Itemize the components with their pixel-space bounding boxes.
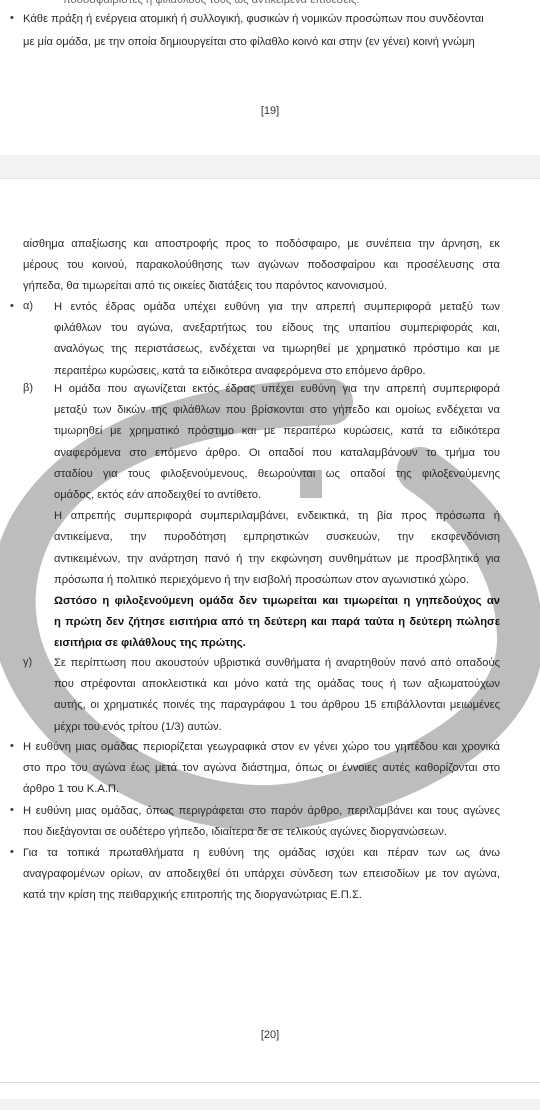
paragraph-line: αντικειμένων, την ανάρτηση πανό ή την εκ… [54, 552, 500, 566]
paragraph-line: αυτής, οι χρηματικές ποινές της παραγράφ… [54, 698, 500, 712]
paragraph-line: που στρέφονται αποκλειστικά και μόνο κατ… [54, 677, 500, 691]
paragraph-line: πρόσωπα ή πολιτικό περιεχόμενο ή την εισ… [54, 573, 469, 587]
paragraph-line: σταδίου για τους φιλοξενούμενους, θεωρού… [54, 467, 500, 481]
paragraph-line: Ωστόσο η φιλοξενούμενη ομάδα δεν τιμωρεί… [54, 594, 500, 608]
bullet-marker: • [10, 846, 14, 858]
paragraph-line: κατά την κρίση της πειθαρχικής επιτροπής… [23, 888, 362, 902]
bullet-marker: • [10, 300, 14, 312]
paragraph-line: γήπεδα, θα τιμωρείται από τις οικείες δι… [23, 279, 387, 293]
paragraph-line: μεταξύ των δικών της φιλάθλων που βρίσκο… [54, 403, 500, 417]
paragraph-line: Σε περίπτωση που ακουστούν υβριστικά συν… [54, 656, 500, 670]
paragraph-line: στο προ του αγώνα έως μετά τον αγώνα διά… [23, 761, 500, 775]
page-divider [0, 1082, 540, 1083]
paragraph-line: Κάθε πράξη ή ενέργεια ατομική ή συλλογικ… [23, 12, 484, 26]
paragraph-line: ομάδος, εκτός εάν αποδειχθεί το αντίθετο… [54, 488, 261, 502]
paragraph-line: μέχρι του ενός τρίτου (1/3) αυτών. [54, 720, 222, 734]
paragraph-line: αναγραφομένων ορίων, αν αποδειχθεί ότι υ… [23, 867, 500, 881]
paragraph-line: η πρώτη δεν ζήτησε εισιτήρια από τη δεύτ… [54, 615, 500, 629]
paragraph-line: τιμωρηθεί με χρηματικό πρόστιμο και με π… [54, 424, 500, 438]
paragraph-line: εισιτήρια σε φιλάθλους της πρώτης. [54, 636, 246, 650]
list-marker: β) [23, 382, 33, 394]
paragraph-line: με μία ομάδα, με την οποία δημιουργείται… [23, 35, 475, 49]
list-marker: γ) [23, 656, 32, 668]
cut-off-line: ποδοσφαιριστές ή φιλάθλους τους ως αντικ… [63, 0, 360, 7]
paragraph-line: Η ευθύνη μιας ομάδας περιορίζεται γεωγρα… [23, 740, 500, 754]
paragraph-line: φιλάθλων του αγώνα, ανεξαρτήτως του είδο… [54, 321, 500, 335]
list-marker: α) [23, 300, 33, 312]
paragraph-line: Η απρεπής συμπεριφορά συμπεριλαμβάνει, ε… [54, 509, 500, 523]
bullet-marker: • [10, 12, 14, 24]
paragraph-line: Για τα τοπικά πρωταθλήματα η ευθύνη της … [23, 846, 500, 860]
paragraph-line: αντικείμενα, την πυροδότηση εμπρηστικών … [54, 530, 500, 544]
paragraph-line: αναφερόμενα στο επόμενο άρθρο. Οι οπαδοί… [54, 446, 500, 460]
paragraph-line: άρθρο 1 του Κ.Α.Π. [23, 782, 119, 796]
paragraph-line: Η εντός έδρας ομάδα υπέχει ευθύνη για τη… [54, 300, 500, 314]
paragraph-line: αναλόγως της περιστάσεως, ενδέχεται να τ… [54, 342, 500, 356]
paragraph-line: αίσθημα απαξίωσης και αποστροφής προς το… [23, 237, 500, 251]
paragraph-line: Η ευθύνη μιας ομάδας, όπως περιγράφεται … [23, 804, 500, 818]
paragraph-line: μέρους του κοινού, παρακολούθησης των αγ… [23, 258, 500, 272]
paragraph-line: που διεξάγονται σε ουδέτερο γήπεδο, ιδια… [23, 825, 447, 839]
paragraph-line: περαιτέρω κυρώσεις, κατά τα ειδικότερα α… [54, 364, 426, 378]
document-page-19: ποδοσφαιριστές ή φιλάθλους τους ως αντικ… [0, 0, 540, 155]
bullet-marker: • [10, 804, 14, 816]
page-number: [20] [0, 1029, 540, 1041]
page-number: [19] [0, 105, 540, 117]
bullet-marker: • [10, 740, 14, 752]
paragraph-line: Η ομάδα που αγωνίζεται εκτός έδρας υπέχε… [54, 382, 500, 396]
